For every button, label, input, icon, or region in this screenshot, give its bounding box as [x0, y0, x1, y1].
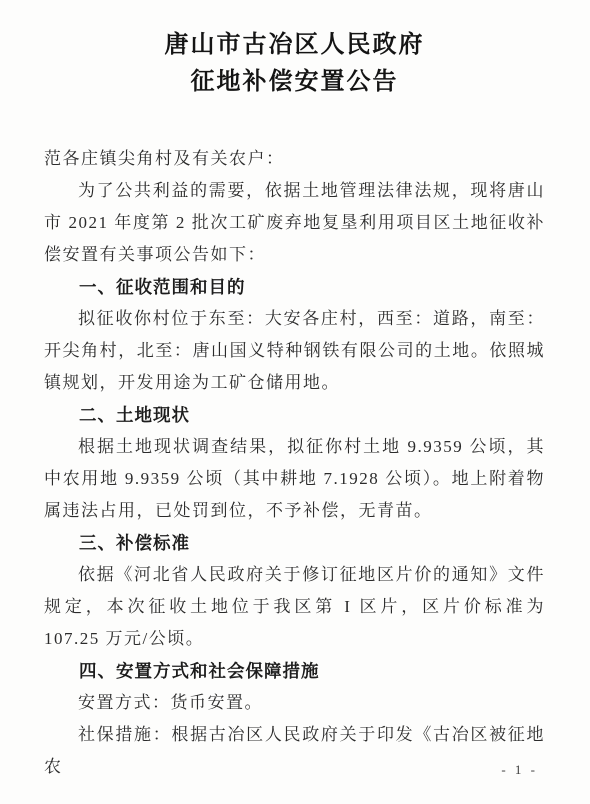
salutation: 范各庄镇尖角村及有关农户： — [44, 143, 545, 175]
section-2-heading: 二、土地现状 — [44, 399, 545, 431]
section-4-paragraph-1: 安置方式：货币安置。 — [44, 687, 545, 719]
section-2-paragraph-1: 根据土地现状调查结果，拟征你村土地 9.9359 公顷，其中农用地 9.9359… — [44, 431, 545, 527]
section-1-heading: 一、征收范围和目的 — [44, 271, 545, 303]
title-line-2: 征地补偿安置公告 — [44, 64, 545, 101]
document-title: 唐山市古冶区人民政府 征地补偿安置公告 — [44, 27, 545, 101]
section-3-heading: 三、补偿标准 — [44, 527, 545, 559]
section-3-paragraph-1: 依据《河北省人民政府关于修订征地区片价的通知》文件规定，本次征收土地位于我区第 … — [44, 559, 545, 655]
page-number: - 1 - — [501, 762, 538, 778]
section-4-paragraph-2: 社保措施：根据古冶区人民政府关于印发《古冶区被征地农 — [44, 719, 545, 783]
section-4-heading: 四、安置方式和社会保障措施 — [44, 655, 545, 687]
document-body: 范各庄镇尖角村及有关农户： 为了公共利益的需要，依据土地管理法律法规，现将唐山市… — [44, 143, 545, 783]
title-line-1: 唐山市古冶区人民政府 — [44, 27, 545, 64]
document-page: 唐山市古冶区人民政府 征地补偿安置公告 范各庄镇尖角村及有关农户： 为了公共利益… — [0, 0, 590, 804]
section-1-paragraph-1: 拟征收你村位于东至：大安各庄村，西至：道路，南至：开尖角村，北至：唐山国义特种钢… — [44, 303, 545, 399]
intro-paragraph: 为了公共利益的需要，依据土地管理法律法规，现将唐山市 2021 年度第 2 批次… — [44, 175, 545, 271]
